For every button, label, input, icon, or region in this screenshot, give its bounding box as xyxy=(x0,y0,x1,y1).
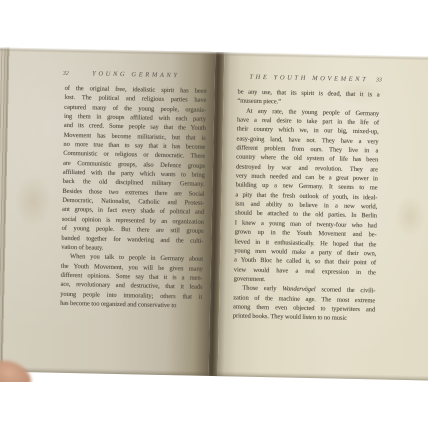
right-running-header: THE YOUTH MOVEMENT 33 xyxy=(238,73,380,85)
right-page-number: 33 xyxy=(376,77,382,83)
product-photo-canvas: 32 YOUNG GERMANY of the original free, i… xyxy=(0,0,428,428)
left-page-text-column: 32 YOUNG GERMANY of the original free, i… xyxy=(60,70,207,311)
left-running-header: 32 YOUNG GERMANY xyxy=(65,70,207,82)
open-book: 32 YOUNG GERMANY of the original free, i… xyxy=(0,47,428,380)
right-page-text-column: THE YOUTH MOVEMENT 33 be any use, that i… xyxy=(233,73,380,324)
left-page-body: of the original free, idealistic spirit … xyxy=(60,84,207,311)
book-photo: 32 YOUNG GERMANY of the original free, i… xyxy=(0,44,428,382)
left-page-number: 32 xyxy=(63,70,69,76)
right-page-body: be any use, that its spirit is dead, tha… xyxy=(233,87,380,324)
